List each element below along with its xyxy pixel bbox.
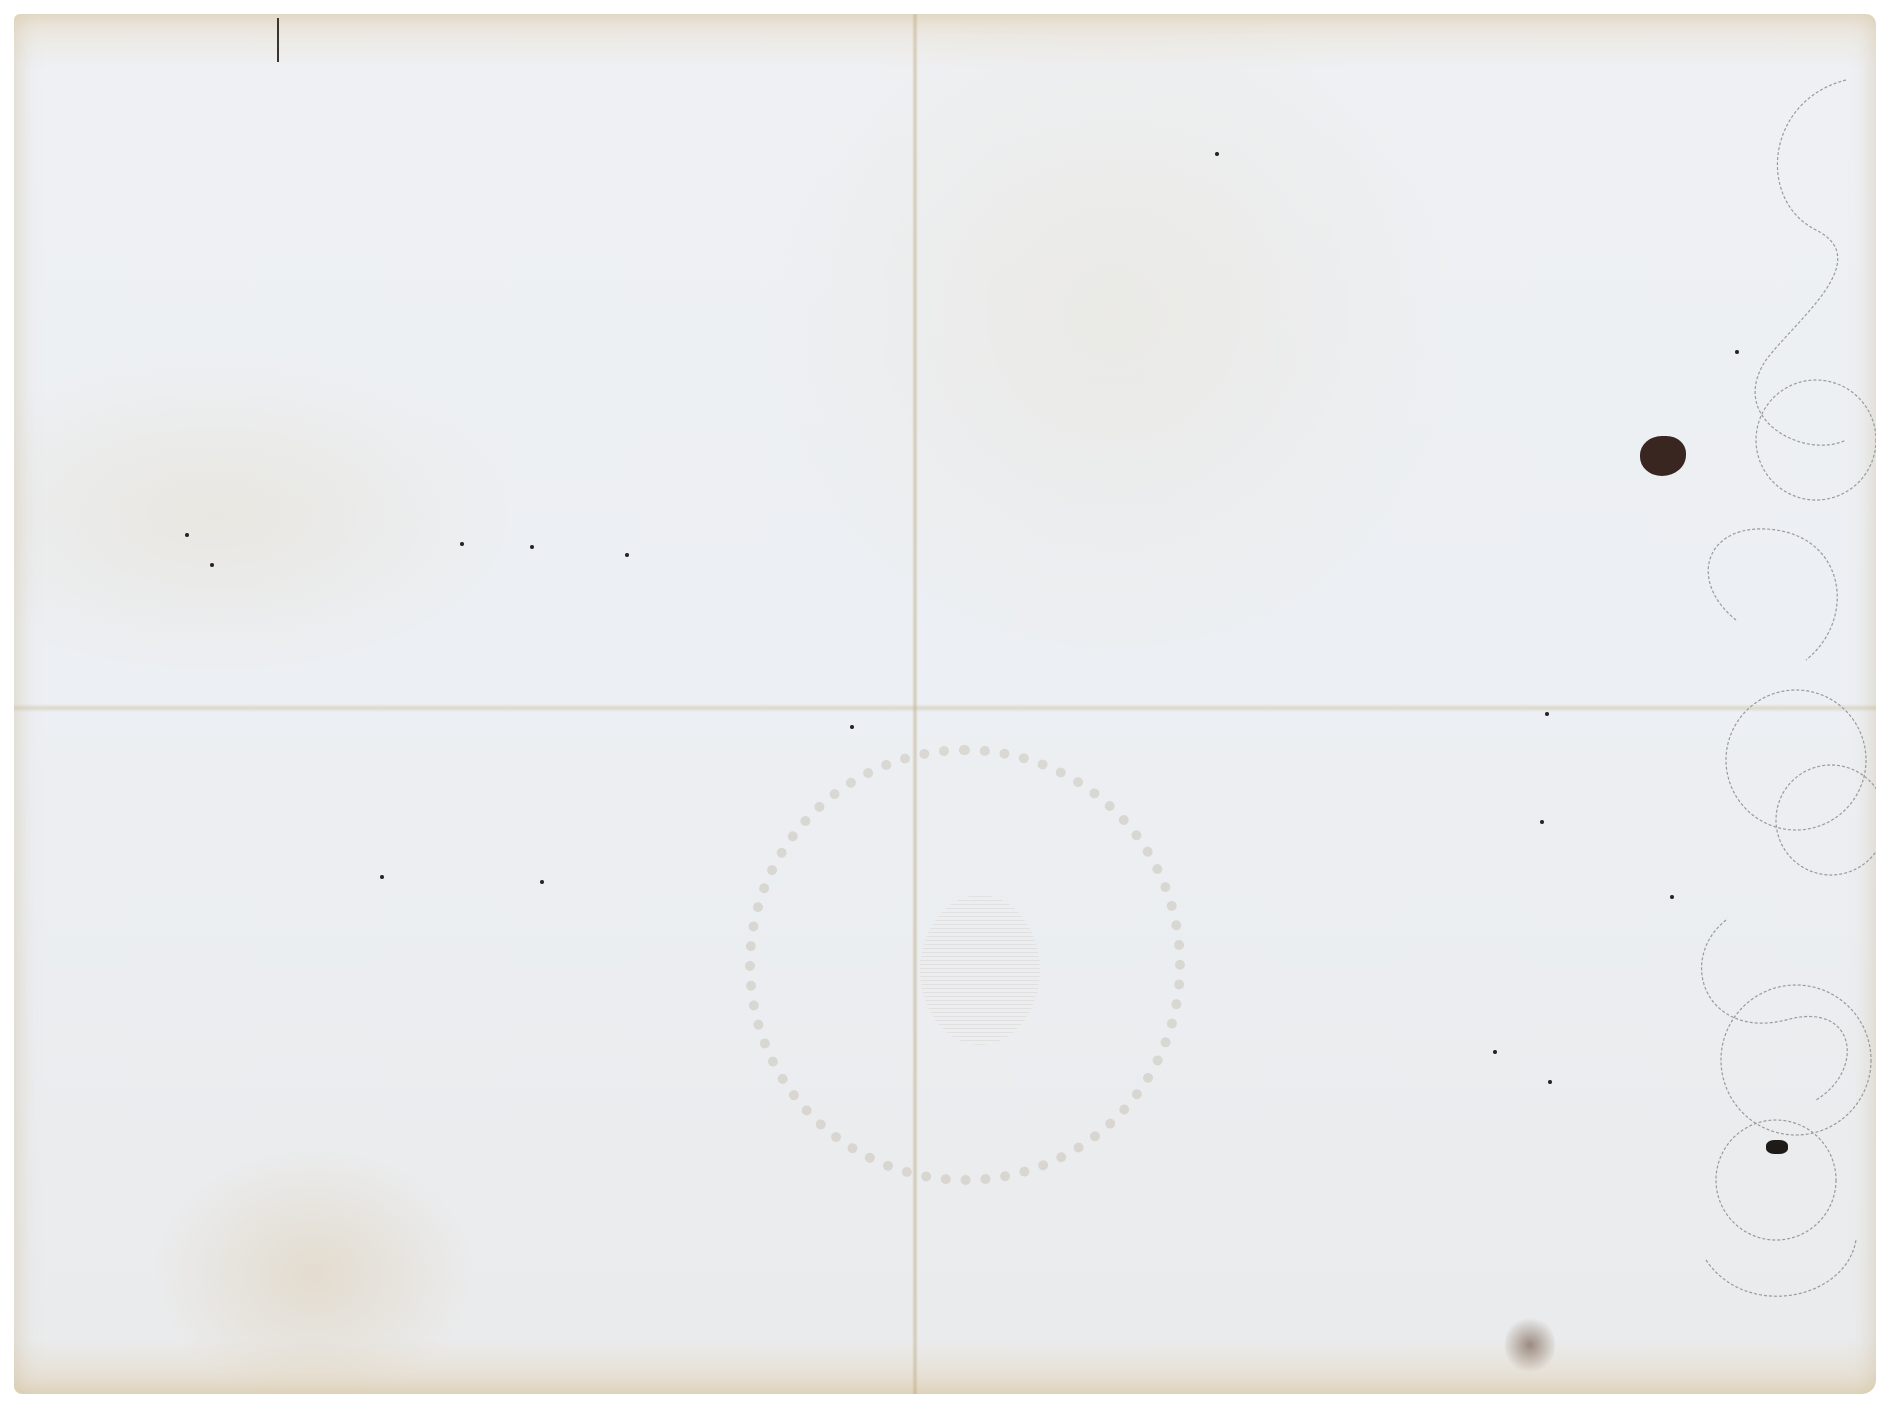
horizontal-fold-line — [14, 704, 1876, 712]
brown-stain — [1505, 1315, 1555, 1375]
embossed-seal-shield — [920, 895, 1040, 1045]
edge-tear — [277, 18, 279, 62]
pencil-scrollwork — [1646, 60, 1876, 1380]
